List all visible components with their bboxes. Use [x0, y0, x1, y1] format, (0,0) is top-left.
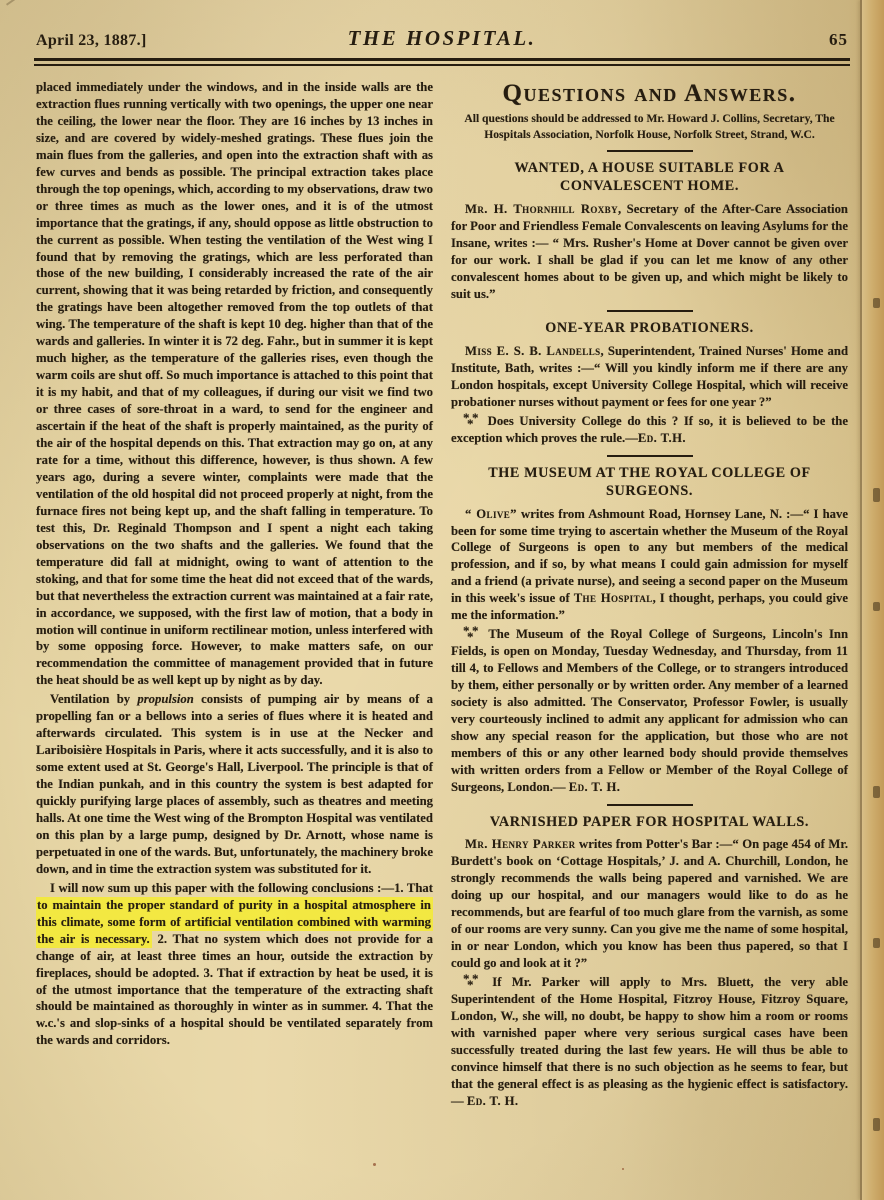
ink-speck — [622, 1168, 624, 1170]
section-heading: VARNISHED PAPER FOR HOSPITAL WALLS. — [461, 813, 838, 831]
conclusions-paragraph: I will now sum up this paper with the fo… — [36, 880, 433, 1050]
section-divider-rule — [607, 310, 693, 312]
journal-title: THE HOSPITAL. — [348, 26, 537, 51]
roxby-letter-paragraph: Mr. H. Thornhill Roxby, Secretary of the… — [451, 201, 848, 303]
section-divider-rule — [607, 455, 693, 457]
page-edge-mark — [873, 1118, 880, 1131]
editorial-asterism-mark: *** — [463, 976, 479, 987]
parker-letter-paragraph: Mr. Henry Parker writes from Potter's Ba… — [451, 836, 848, 972]
page-edge-strip — [862, 0, 884, 1200]
editor-reply-varnished: *** If Mr. Parker will apply to Mrs. Blu… — [451, 974, 848, 1110]
qa-address-note: All questions should be addressed to Mr.… — [457, 111, 842, 142]
issue-date: April 23, 1887.] — [36, 32, 348, 50]
ventilation-extraction-paragraph: placed immediately under the windows, an… — [36, 79, 433, 689]
page-edge-mark — [873, 488, 880, 502]
section-heading: ONE-YEAR PROBATIONERS. — [461, 319, 838, 337]
editor-reply-museum: *** The Museum of the Royal College of S… — [451, 626, 848, 796]
editorial-asterism-mark: *** — [463, 628, 479, 639]
page-edge-mark — [873, 298, 880, 308]
ink-speck — [373, 1163, 376, 1166]
landells-letter-paragraph: Miss E. S. B. Landells, Superintendent, … — [451, 343, 848, 411]
page-header: April 23, 1887.] THE HOSPITAL. 65 — [0, 0, 884, 51]
left-column: placed immediately under the windows, an… — [36, 79, 433, 1200]
section-divider-rule — [607, 150, 693, 152]
section-heading: THE MUSEUM AT THE ROYAL COLLEGE OF SURGE… — [461, 464, 838, 501]
editor-reply-probationers: *** Does University College do this ? If… — [451, 413, 848, 447]
section-divider-rule — [607, 804, 693, 806]
page-edge-mark — [873, 786, 880, 798]
page-edge-mark — [873, 602, 880, 611]
header-double-rule — [34, 58, 850, 66]
two-column-body: placed immediately under the windows, an… — [0, 66, 884, 1200]
right-column: Questions and Answers.All questions shou… — [451, 79, 848, 1200]
editorial-asterism-mark: *** — [463, 415, 479, 426]
questions-and-answers-title: Questions and Answers. — [451, 81, 848, 107]
page-edge-mark — [873, 938, 880, 948]
journal-page-scan: April 23, 1887.] THE HOSPITAL. 65 placed… — [0, 0, 884, 1200]
page-number: 65 — [536, 30, 848, 50]
ventilation-propulsion-paragraph: Ventilation by propulsion consists of pu… — [36, 691, 433, 877]
olive-letter-paragraph: “ Olive” writes from Ashmount Road, Horn… — [451, 506, 848, 625]
section-heading: WANTED, A HOUSE SUITABLE FOR A CONVALESC… — [461, 159, 838, 196]
